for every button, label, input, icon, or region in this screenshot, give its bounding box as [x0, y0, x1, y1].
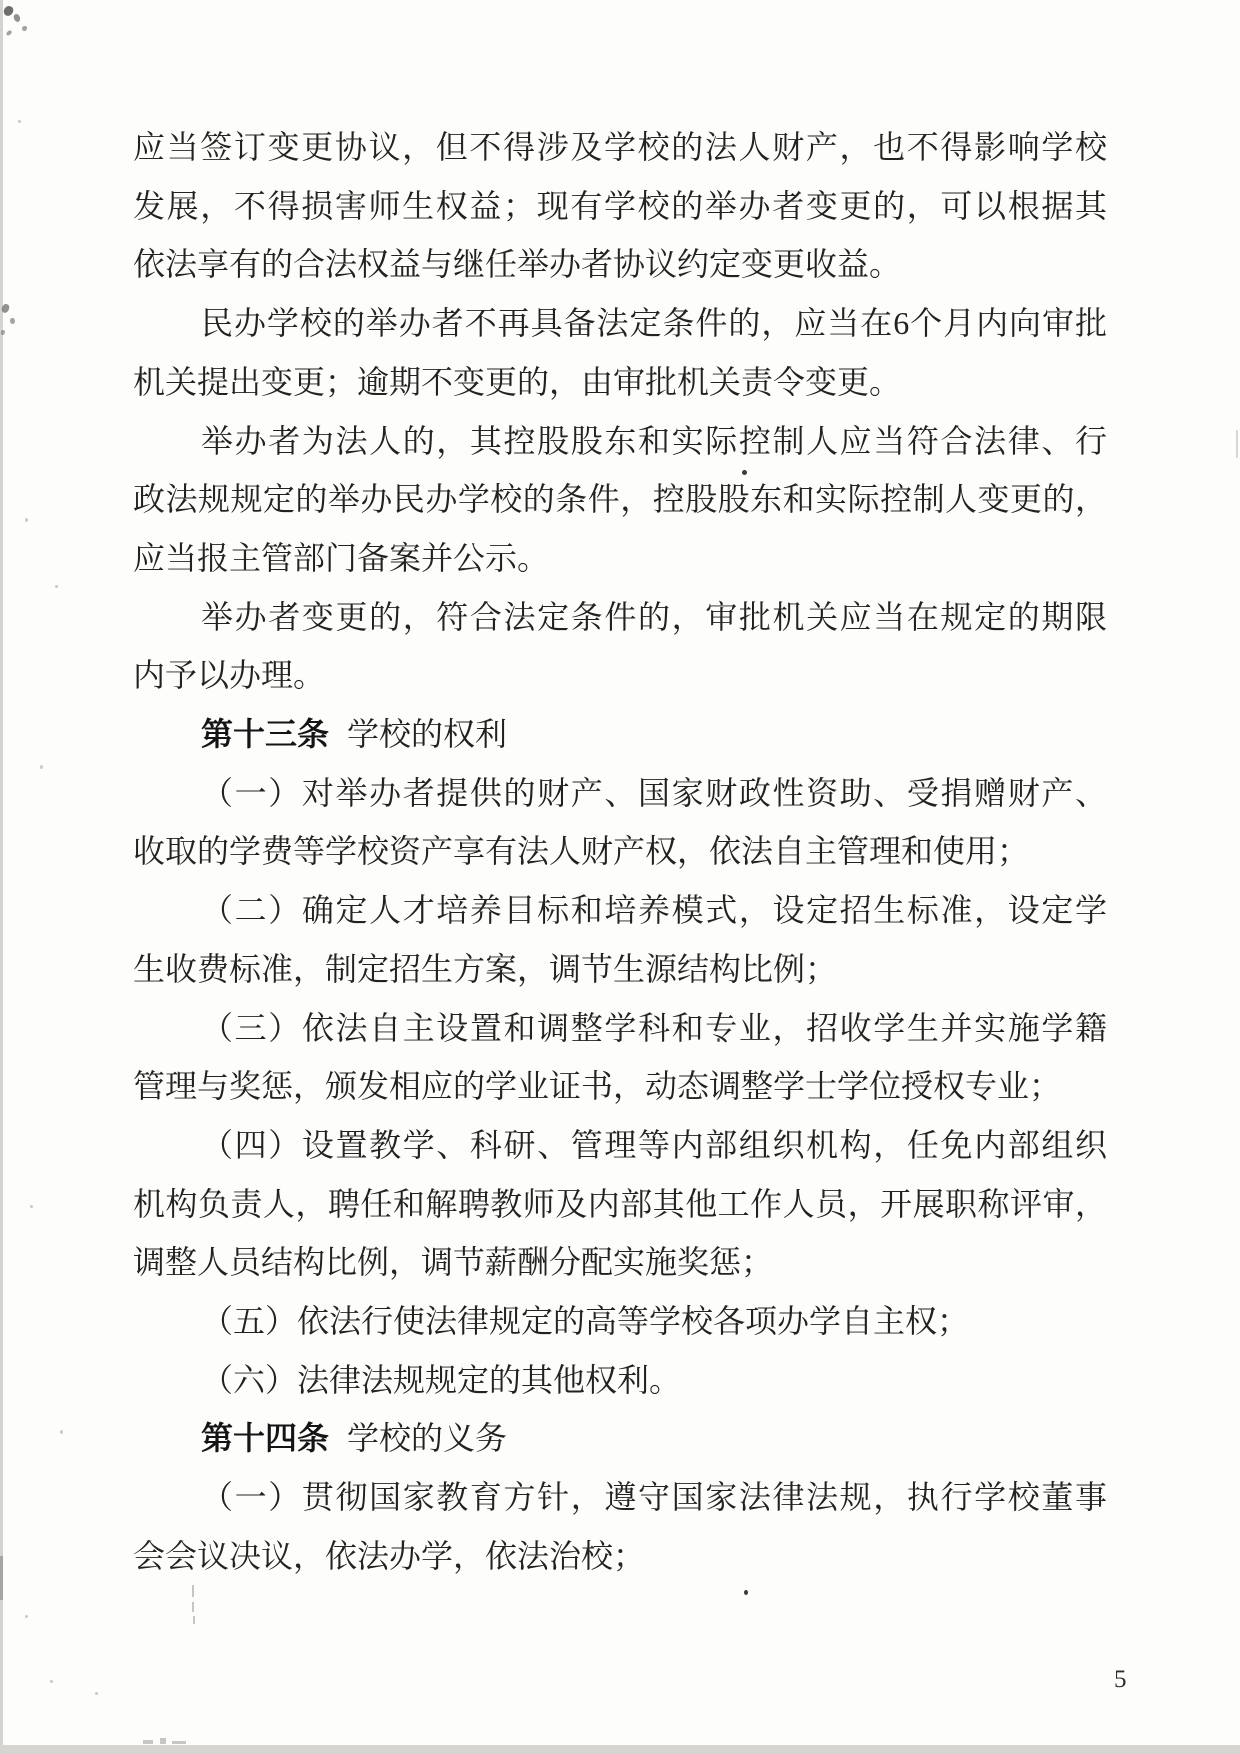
scan-speck: [95, 1692, 98, 1695]
text-line: （五）依法行使法律规定的高等学校各项办学自主权；: [133, 1292, 1107, 1351]
paragraph: 举办者变更的，符合法定条件的，审批机关应当在规定的期限内予以办理。: [133, 588, 1107, 705]
scan-speck: [25, 1615, 28, 1618]
text-line: 应当报主管部门备案并公示。: [133, 529, 1107, 588]
heading-line: 第十三条学校的权利: [133, 705, 1107, 764]
text-line: 民办学校的举办者不再具备法定条件的，应当在6个月内向审批: [133, 294, 1107, 353]
scan-smudge: [9, 317, 16, 324]
text-line: 应当签订变更协议，但不得涉及学校的法人财产，也不得影响学校: [133, 118, 1107, 177]
text-line: （六）法律法规规定的其他权利。: [133, 1351, 1107, 1410]
paragraph: （二）确定人才培养目标和培养模式，设定招生标准，设定学生收费标准，制定招生方案，…: [133, 881, 1107, 998]
paragraph: （一）对举办者提供的财产、国家财政性资助、受捐赠财产、收取的学费等学校资产享有法…: [133, 764, 1107, 881]
scan-bottom-strip: [0, 1745, 1240, 1754]
paragraph: （四）设置教学、科研、管理等内部组织机构，任免内部组织机构负责人，聘任和解聘教师…: [133, 1116, 1107, 1292]
text-line: （四）设置教学、科研、管理等内部组织机构，任免内部组织: [133, 1116, 1107, 1175]
page-number: 5: [1114, 1666, 1127, 1694]
scan-streak: [1236, 430, 1238, 458]
paragraph: （三）依法自主设置和调整学科和专业，招收学生并实施学籍管理与奖惩，颁发相应的学业…: [133, 999, 1107, 1116]
text-line: 发展，不得损害师生权益；现有学校的举办者变更的，可以根据其: [133, 177, 1107, 236]
text-line: 调整人员结构比例，调节薪酬分配实施奖惩；: [133, 1233, 1107, 1292]
text-line: 收取的学费等学校资产享有法人财产权，依法自主管理和使用；: [133, 822, 1107, 881]
scan-streak: [192, 1585, 194, 1597]
article-title: 学校的义务: [347, 1420, 507, 1456]
text-line: （一）对举办者提供的财产、国家财政性资助、受捐赠财产、: [133, 764, 1107, 823]
text-line: 内予以办理。: [133, 646, 1107, 705]
paragraph: （六）法律法规规定的其他权利。: [133, 1351, 1107, 1410]
scan-dot: [744, 1590, 748, 1595]
scan-smudge: [22, 26, 27, 31]
scan-speck: [55, 585, 58, 588]
scan-speck: [40, 765, 43, 769]
scan-smudge: [3, 5, 15, 17]
scan-edge-line: [0, 1556, 3, 1600]
text-line: 举办者为法人的，其控股股东和实际控制人应当符合法律、行: [133, 412, 1107, 471]
text-line: （三）依法自主设置和调整学科和专业，招收学生并实施学籍: [133, 999, 1107, 1058]
text-line: （一）贯彻国家教育方针，遵守国家法律法规，执行学校董事: [133, 1468, 1107, 1527]
text-line: 政法规规定的举办民办学校的条件，控股股东和实际控制人变更的，: [133, 470, 1107, 529]
document-page: 应当签订变更协议，但不得涉及学校的法人财产，也不得影响学校发展，不得损害师生权益…: [0, 0, 1240, 1754]
scan-smudge: [1, 330, 5, 335]
text-line: 机构负责人，聘任和解聘教师及内部其他工作人员，开展职称评审，: [133, 1175, 1107, 1234]
scan-speck: [25, 518, 28, 522]
scan-streak: [143, 1740, 153, 1744]
article-title: 学校的权利: [347, 716, 507, 752]
article-heading: 第十四条学校的义务: [133, 1409, 1107, 1468]
scan-streak: [172, 1741, 186, 1744]
paragraph: 民办学校的举办者不再具备法定条件的，应当在6个月内向审批机关提出变更；逾期不变更…: [133, 294, 1107, 411]
text-line: 举办者变更的，符合法定条件的，审批机关应当在规定的期限: [133, 588, 1107, 647]
article-number: 第十三条: [201, 716, 329, 752]
scan-speck: [30, 1205, 33, 1208]
text-line: 会会议决议，依法办学，依法治校；: [133, 1527, 1107, 1586]
paragraph: 应当签订变更协议，但不得涉及学校的法人财产，也不得影响学校发展，不得损害师生权益…: [133, 118, 1107, 294]
text-line: （二）确定人才培养目标和培养模式，设定招生标准，设定学: [133, 881, 1107, 940]
scan-streak: [160, 1738, 166, 1744]
scan-speck: [18, 120, 21, 123]
scan-streak: [192, 1602, 194, 1612]
text-line: 机关提出变更；逾期不变更的，由审批机关责令变更。: [133, 353, 1107, 412]
paragraph: （一）贯彻国家教育方针，遵守国家法律法规，执行学校董事会会议决议，依法办学，依法…: [133, 1468, 1107, 1585]
paragraph: 举办者为法人的，其控股股东和实际控制人应当符合法律、行政法规规定的举办民办学校的…: [133, 412, 1107, 588]
scan-speck: [50, 1680, 53, 1683]
heading-line: 第十四条学校的义务: [133, 1409, 1107, 1468]
scan-smudge: [1, 303, 10, 314]
scan-edge-line: [0, 0, 3, 1754]
text-line: 管理与奖惩，颁发相应的学业证书，动态调整学士学位授权专业；: [133, 1057, 1107, 1116]
scan-smudge: [12, 13, 21, 23]
scan-smudge: [6, 29, 13, 36]
scan-speck: [60, 1430, 63, 1434]
paragraph: （五）依法行使法律规定的高等学校各项办学自主权；: [133, 1292, 1107, 1351]
text-line: 生收费标准，制定招生方案，调节生源结构比例；: [133, 940, 1107, 999]
article-number: 第十四条: [201, 1420, 329, 1456]
article-heading: 第十三条学校的权利: [133, 705, 1107, 764]
document-body: 应当签订变更协议，但不得涉及学校的法人财产，也不得影响学校发展，不得损害师生权益…: [133, 118, 1107, 1586]
scan-streak: [193, 1616, 195, 1624]
text-line: 依法享有的合法权益与继任举办者协议约定变更收益。: [133, 235, 1107, 294]
